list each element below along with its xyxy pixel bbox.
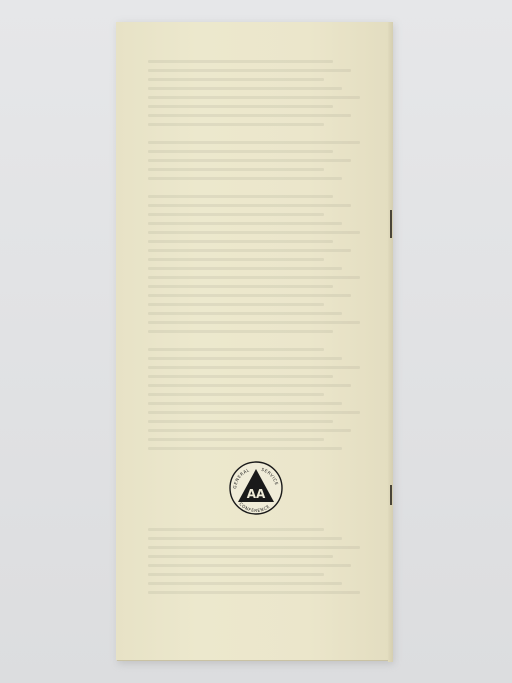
pamphlet-page-edge (388, 22, 393, 662)
general-service-conference-seal: AA GENERAL SERVICE CONFERENCE (228, 460, 284, 516)
staple-mark (390, 485, 392, 505)
svg-text:AA: AA (247, 487, 266, 501)
staple-mark (390, 210, 392, 238)
